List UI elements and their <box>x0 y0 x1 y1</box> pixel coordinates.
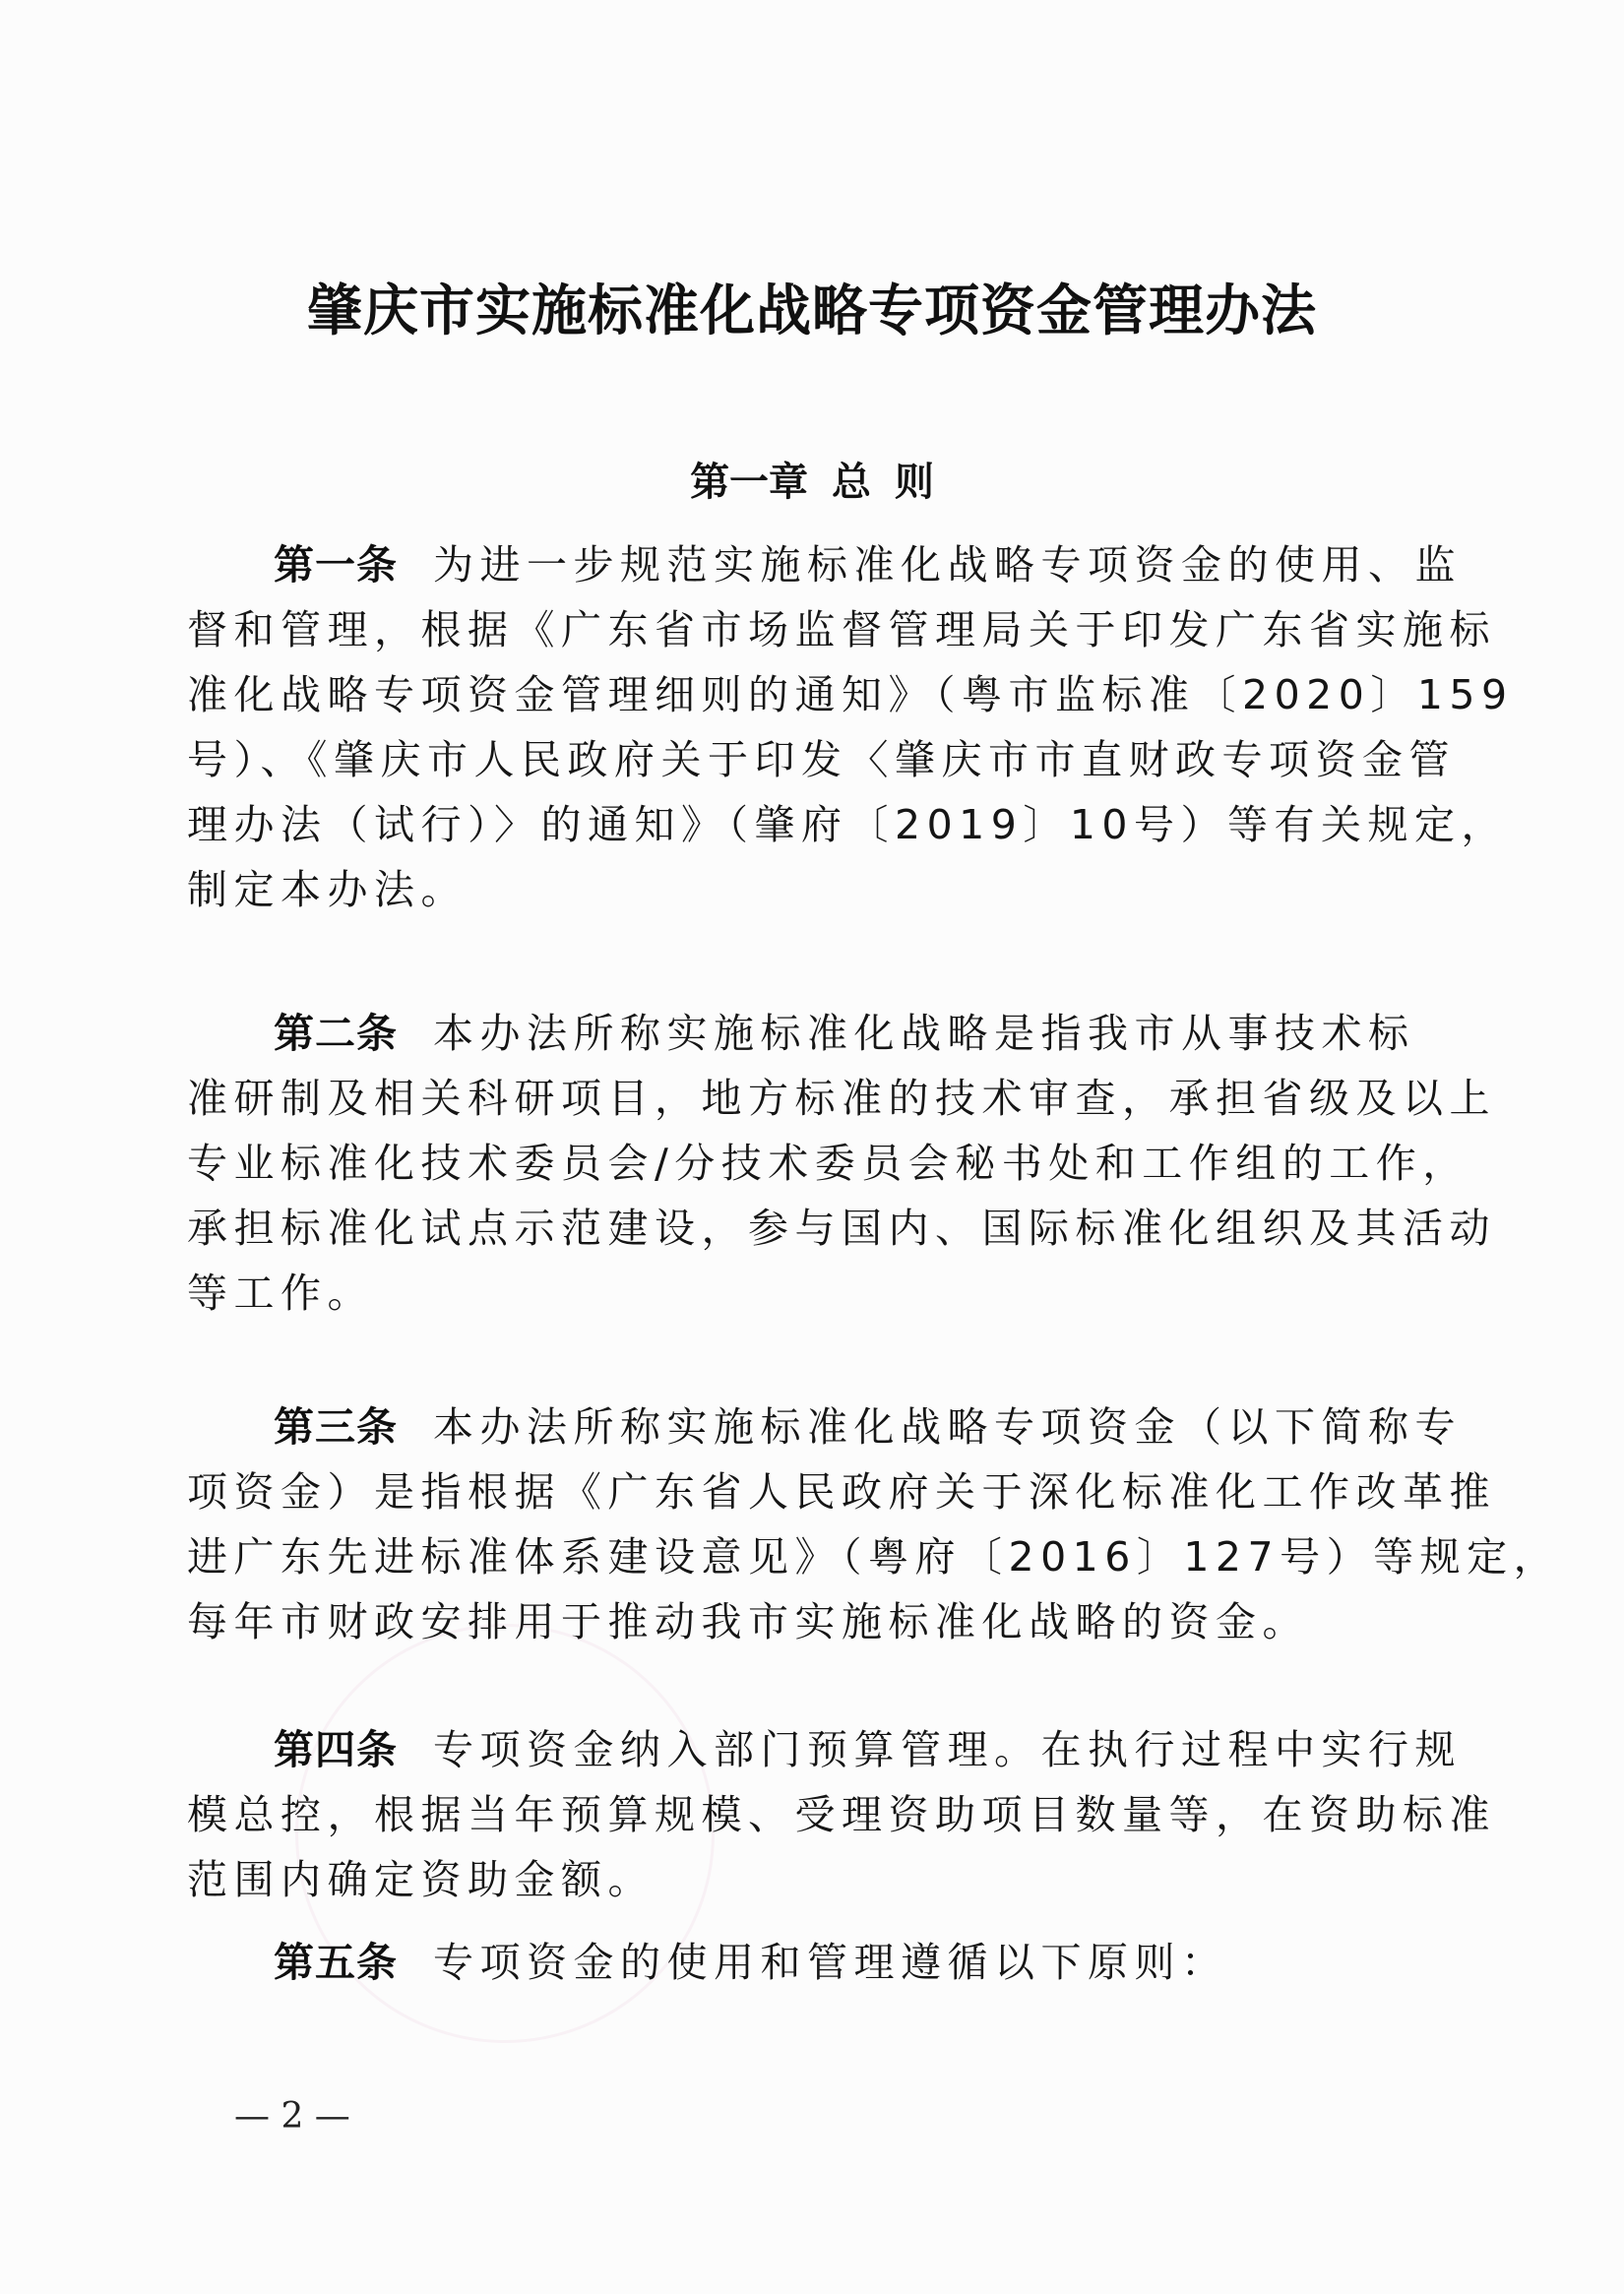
chapter-heading: 第一章 总 则 <box>0 451 1624 507</box>
article-3-line-3: 进广东先进标准体系建设意见》（粤府〔2016〕127号）等规定， <box>187 1531 1417 1582</box>
article-text: 专项资金的使用和管理遵循以下原则： <box>433 1939 1228 1986</box>
article-1-line-1: 第一条为进一步规范实施标准化战略专项资金的使用、监 <box>274 539 1504 590</box>
article-5-line-1: 第五条专项资金的使用和管理遵循以下原则： <box>274 1937 1504 1988</box>
article-2-line-4: 承担标准化试点示范建设，参与国内、国际标准化组织及其活动 <box>187 1203 1417 1254</box>
document-page: 肇庆市实施标准化战略专项资金管理办法 第一章 总 则 第一条为进一步规范实施标准… <box>0 0 1624 2294</box>
article-label: 第一条 <box>274 541 398 589</box>
article-1-line-5: 理办法（试行）〉的通知》（肇府〔2019〕10号）等有关规定， <box>187 799 1417 850</box>
article-3-line-4: 每年市财政安排用于推动我市实施标准化战略的资金。 <box>187 1596 1417 1647</box>
document-title: 肇庆市实施标准化战略专项资金管理办法 <box>0 268 1624 346</box>
article-2-line-1: 第二条本办法所称实施标准化战略是指我市从事技术标 <box>274 1008 1504 1059</box>
page-number: — 2 — <box>234 2096 350 2137</box>
article-4-line-2: 模总控，根据当年预算规模、受理资助项目数量等，在资助标准 <box>187 1789 1417 1840</box>
article-3-line-2: 项资金）是指根据《广东省人民政府关于深化标准化工作改革推 <box>187 1466 1417 1518</box>
article-text: 本办法所称实施标准化战略专项资金（以下简称专 <box>433 1403 1462 1451</box>
article-1-line-4: 号）、《肇庆市人民政府关于印发〈肇庆市市直财政专项资金管 <box>187 734 1417 785</box>
article-3-line-1: 第三条本办法所称实施标准化战略专项资金（以下简称专 <box>274 1401 1504 1453</box>
article-text: 专项资金纳入部门预算管理。在执行过程中实行规 <box>433 1726 1462 1773</box>
article-2-line-5: 等工作。 <box>187 1268 1417 1319</box>
article-2-line-2: 准研制及相关科研项目，地方标准的技术审查，承担省级及以上 <box>187 1073 1417 1124</box>
article-label: 第四条 <box>274 1726 398 1773</box>
article-1-line-2: 督和管理，根据《广东省市场监督管理局关于印发广东省实施标 <box>187 604 1417 655</box>
article-label: 第二条 <box>274 1010 398 1057</box>
article-1-line-6: 制定本办法。 <box>187 864 1417 915</box>
article-label: 第五条 <box>274 1939 398 1986</box>
article-4-line-3: 范围内确定资助金额。 <box>187 1854 1417 1905</box>
article-2-line-3: 专业标准化技术委员会/分技术委员会秘书处和工作组的工作， <box>187 1138 1417 1189</box>
article-text: 为进一步规范实施标准化战略专项资金的使用、监 <box>433 541 1462 589</box>
article-text: 本办法所称实施标准化战略是指我市从事技术标 <box>433 1010 1415 1057</box>
article-label: 第三条 <box>274 1403 398 1451</box>
article-4-line-1: 第四条专项资金纳入部门预算管理。在执行过程中实行规 <box>274 1724 1504 1775</box>
article-1-line-3: 准化战略专项资金管理细则的通知》（粤市监标准〔2020〕159 <box>187 669 1417 720</box>
